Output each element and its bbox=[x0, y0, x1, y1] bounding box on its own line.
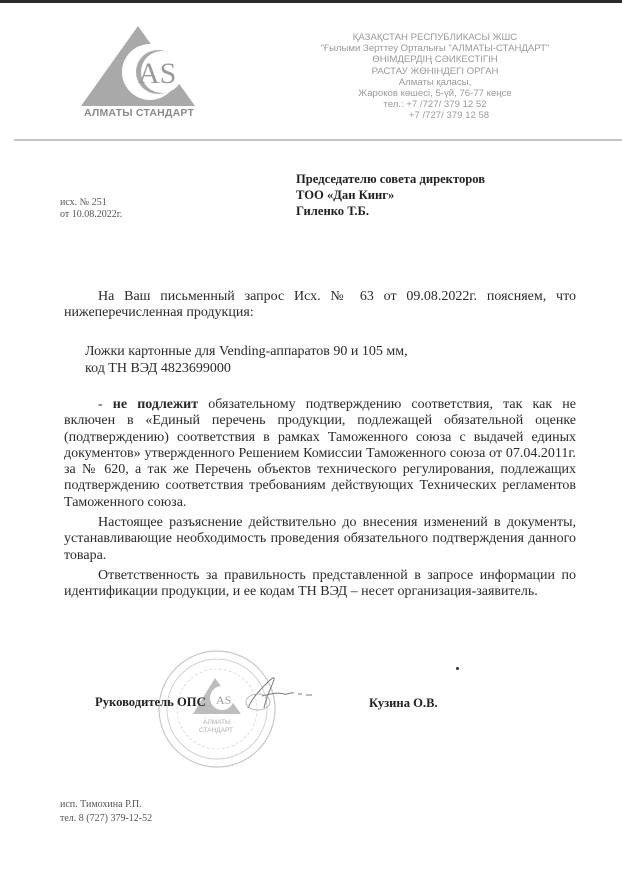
svg-text:СТАНДАРТ: СТАНДАРТ bbox=[199, 727, 233, 734]
reference-number: исх. № 251 bbox=[60, 197, 122, 209]
product-name: Ложки картонные для Vending-аппаратов 90… bbox=[85, 343, 408, 360]
reference-date: от 10.08.2022г. bbox=[60, 209, 122, 221]
organization-details: ҚАЗАҚСТАН РЕСПУБЛИКАСЫ ЖШС "Ғылыми Зертт… bbox=[270, 32, 600, 122]
addressee-position: Председателю совета директоров bbox=[296, 171, 485, 187]
org-line: Жароков көшесі, 5-үй, 76-77 кеңсе bbox=[270, 88, 600, 99]
intro-paragraph: На Ваш письменный запрос Исх. № 63 от 09… bbox=[64, 289, 576, 322]
signature-scribble-icon bbox=[240, 668, 320, 718]
validity-paragraph: Настоящее разъяснение действительно до в… bbox=[64, 515, 576, 564]
ink-dot bbox=[456, 667, 459, 670]
statement-rest: обязательному подтверждению соответствия… bbox=[64, 397, 576, 510]
signatory-position: Руководитель ОПС bbox=[95, 695, 206, 710]
org-line: РАСТАУ ЖӨНІНДЕГІ ОРГАН bbox=[270, 66, 600, 77]
statement-paragraph: - не подлежит обязательному подтверждени… bbox=[64, 397, 576, 511]
statement-dash: - bbox=[98, 397, 113, 412]
signatory-name: Кузина О.В. bbox=[369, 696, 438, 711]
handwritten-signature bbox=[240, 668, 320, 718]
top-edge-bar bbox=[0, 0, 622, 3]
org-line: ӨНІМДЕРДІҢ СӘИКЕСТІГІН bbox=[270, 54, 600, 65]
responsibility-text: Ответственность за правильность представ… bbox=[64, 568, 576, 601]
company-logo: AS bbox=[78, 20, 198, 120]
triangle-logo-icon: AS bbox=[78, 20, 198, 120]
addressee-name: Гиленко Т.Б. bbox=[296, 203, 485, 219]
org-line: ҚАЗАҚСТАН РЕСПУБЛИКАСЫ ЖШС bbox=[270, 32, 600, 43]
statement-text: - не подлежит обязательному подтверждени… bbox=[64, 397, 576, 511]
executor-phone: тел. 8 (727) 379-12-52 bbox=[60, 812, 152, 826]
validity-text: Настоящее разъяснение действительно до в… bbox=[64, 515, 576, 564]
outgoing-reference: исх. № 251 от 10.08.2022г. bbox=[60, 197, 122, 221]
letterhead-divider bbox=[14, 139, 622, 141]
intro-text: На Ваш письменный запрос Исх. № 63 от 09… bbox=[64, 289, 576, 322]
addressee-company: ТОО «Дан Кинг» bbox=[296, 187, 485, 203]
svg-text:АЛМАТЫ: АЛМАТЫ bbox=[203, 719, 231, 726]
logo-caption: АЛМАТЫ СТАНДАРТ bbox=[84, 107, 194, 119]
product-block: Ложки картонные для Vending-аппаратов 90… bbox=[85, 343, 408, 377]
org-line: тел.: +7 /727/ 379 12 52 bbox=[270, 99, 600, 110]
addressee-block: Председателю совета директоров ТОО «Дан … bbox=[296, 171, 485, 219]
svg-text:AS: AS bbox=[138, 57, 176, 90]
svg-text:AS: AS bbox=[216, 693, 231, 707]
statement-bold: не подлежит bbox=[113, 397, 198, 412]
executor-name: исп. Тимохина Р.П. bbox=[60, 798, 152, 812]
org-line: Алматы қаласы, bbox=[270, 77, 600, 88]
product-code: код ТН ВЭД 4823699000 bbox=[85, 360, 408, 377]
org-line: "Ғылыми Зерттеу Орталығы "АЛМАТЫ-СТАНДАР… bbox=[270, 43, 600, 54]
org-line: +7 /727/ 379 12 58 bbox=[270, 110, 600, 121]
executor-block: исп. Тимохина Р.П. тел. 8 (727) 379-12-5… bbox=[60, 798, 152, 826]
responsibility-paragraph: Ответственность за правильность представ… bbox=[64, 568, 576, 601]
